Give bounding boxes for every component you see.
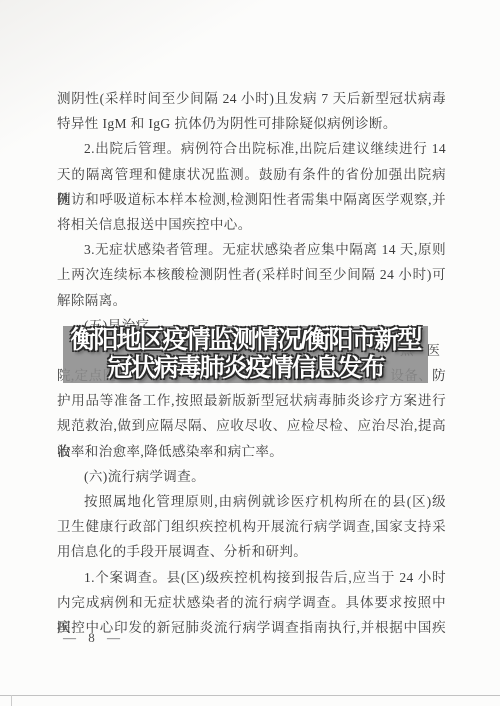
page-bottom-edge bbox=[0, 695, 500, 696]
document-line: 将相关信息报送中国疾控中心。 bbox=[57, 212, 446, 237]
document-line: (六)流行病学调查。 bbox=[57, 464, 446, 489]
page-number: — 8 — bbox=[63, 630, 121, 646]
document-line: 2.出院后管理。病例符合出院标准,出院后建议继续进行 14 bbox=[57, 136, 446, 161]
document-line: 3.无症状感染者管理。无症状感染者应集中隔离 14 天,原则 bbox=[57, 237, 446, 262]
document-line: 上两次连续标本核酸检测阴性者(采样时间至少间隔 24 小时)可 bbox=[57, 262, 446, 287]
document-line: 1.个案调查。县(区)级疾控机构接到报告后,应当于 24 小时 bbox=[57, 565, 446, 590]
document-line: 规范救治,做到应隔尽隔、应收尽收、应检尽检、应治尽治,提高收 bbox=[57, 413, 446, 438]
document-line: 按照属地化管理原则,由病例就诊医疗机构所在的县(区)级 bbox=[57, 489, 446, 514]
page-corner-tick bbox=[11, 695, 12, 706]
document-line: 治率和治愈率,降低感染率和病亡率。 bbox=[57, 439, 446, 464]
document-line: 卫生健康行政部门组织疾控机构开展流行病学调查,国家支持采 bbox=[57, 514, 446, 539]
document-line: 随访和呼吸道标本样本检测,检测阳性者需集中隔离医学观察,并 bbox=[57, 187, 446, 212]
headline-line-1: 衡阳地区疫情监测情况/衡阳市新型 bbox=[63, 327, 428, 355]
document-line: 天的隔离管理和健康状况监测。鼓励有条件的省份加强出院病例 bbox=[57, 162, 446, 187]
document-line: 解除隔离。 bbox=[57, 288, 446, 313]
document-line: 测阴性(采样时间至少间隔 24 小时)且发病 7 天后新型冠状病毒 bbox=[57, 86, 446, 111]
headline-line-2: 冠状病毒肺炎疫情信息发布 bbox=[63, 355, 428, 383]
document-line: 内完成病例和无症状感染者的流行病学调查。具体要求按照中国 bbox=[57, 590, 446, 615]
headline-overlay: 衡阳地区疫情监测情况/衡阳市新型 冠状病毒肺炎疫情信息发布 bbox=[63, 326, 428, 383]
scanned-document-page: 测阴性(采样时间至少间隔 24 小时)且发病 7 天后新型冠状病毒特异性 IgM… bbox=[0, 0, 500, 706]
document-line: 用信息化的手段开展调查、分析和研判。 bbox=[57, 539, 446, 564]
document-line: 特异性 IgM 和 IgG 抗体仍为阴性可排除疑似病例诊断。 bbox=[57, 111, 446, 136]
document-line: 护用品等准备工作,按照最新版新型冠状病毒肺炎诊疗方案进行 bbox=[57, 388, 446, 413]
